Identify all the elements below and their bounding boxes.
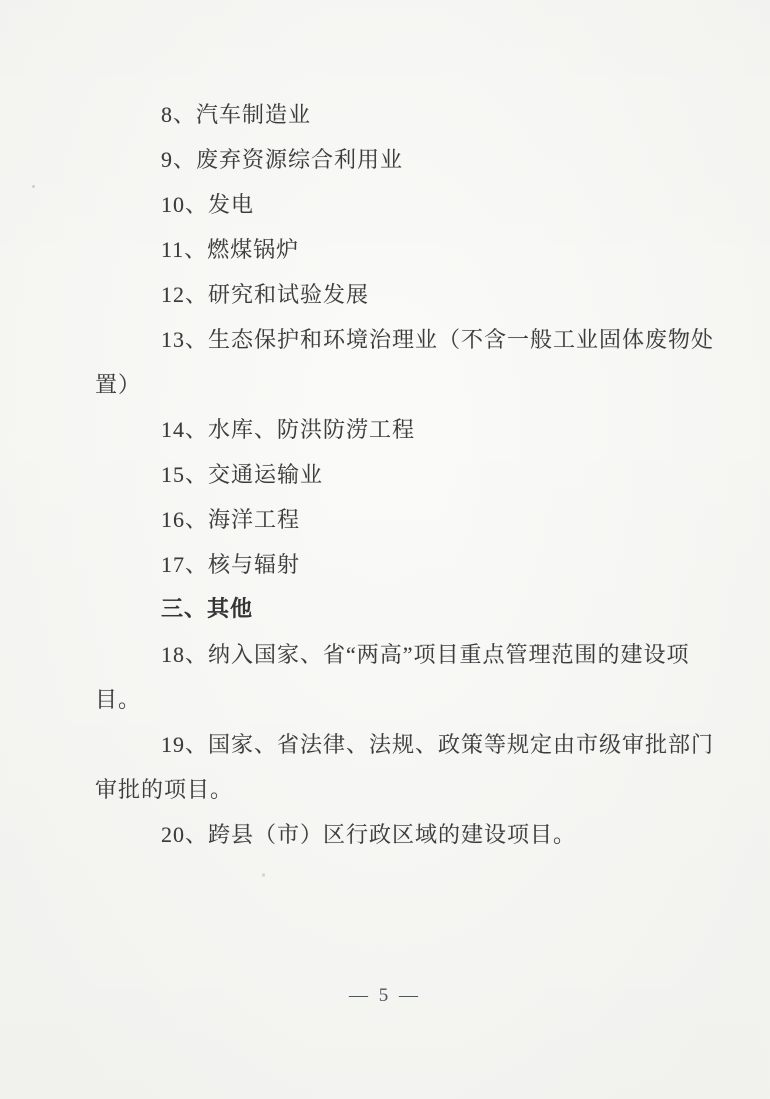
document-line: 14、水库、防洪防涝工程 (95, 407, 735, 452)
document-line: 13、生态保护和环境治理业（不含一般工业固体废物处 (95, 317, 735, 362)
document-line: 9、废弃资源综合利用业 (95, 137, 735, 182)
document-line: 目。 (95, 677, 735, 722)
scan-speck (32, 185, 35, 188)
document-line: 置） (95, 362, 735, 407)
document-body: 8、汽车制造业9、废弃资源综合利用业10、发电11、燃煤锅炉12、研究和试验发展… (95, 92, 735, 857)
section-heading: 三、其他 (95, 587, 735, 632)
document-line: 8、汽车制造业 (95, 92, 735, 137)
document-line: 17、核与辐射 (95, 542, 735, 587)
page-number: — 5 — (0, 985, 770, 1007)
document-line: 18、纳入国家、省“两高”项目重点管理范围的建设项 (95, 632, 735, 677)
document-page: 8、汽车制造业9、废弃资源综合利用业10、发电11、燃煤锅炉12、研究和试验发展… (0, 0, 770, 1099)
document-line: 10、发电 (95, 182, 735, 227)
document-line: 12、研究和试验发展 (95, 272, 735, 317)
document-line: 11、燃煤锅炉 (95, 227, 735, 272)
document-line: 15、交通运输业 (95, 452, 735, 497)
scan-speck (262, 873, 265, 877)
document-line: 19、国家、省法律、法规、政策等规定由市级审批部门 (95, 722, 735, 767)
document-line: 审批的项目。 (95, 767, 735, 812)
document-line: 16、海洋工程 (95, 497, 735, 542)
document-line: 20、跨县（市）区行政区域的建设项目。 (95, 812, 735, 857)
